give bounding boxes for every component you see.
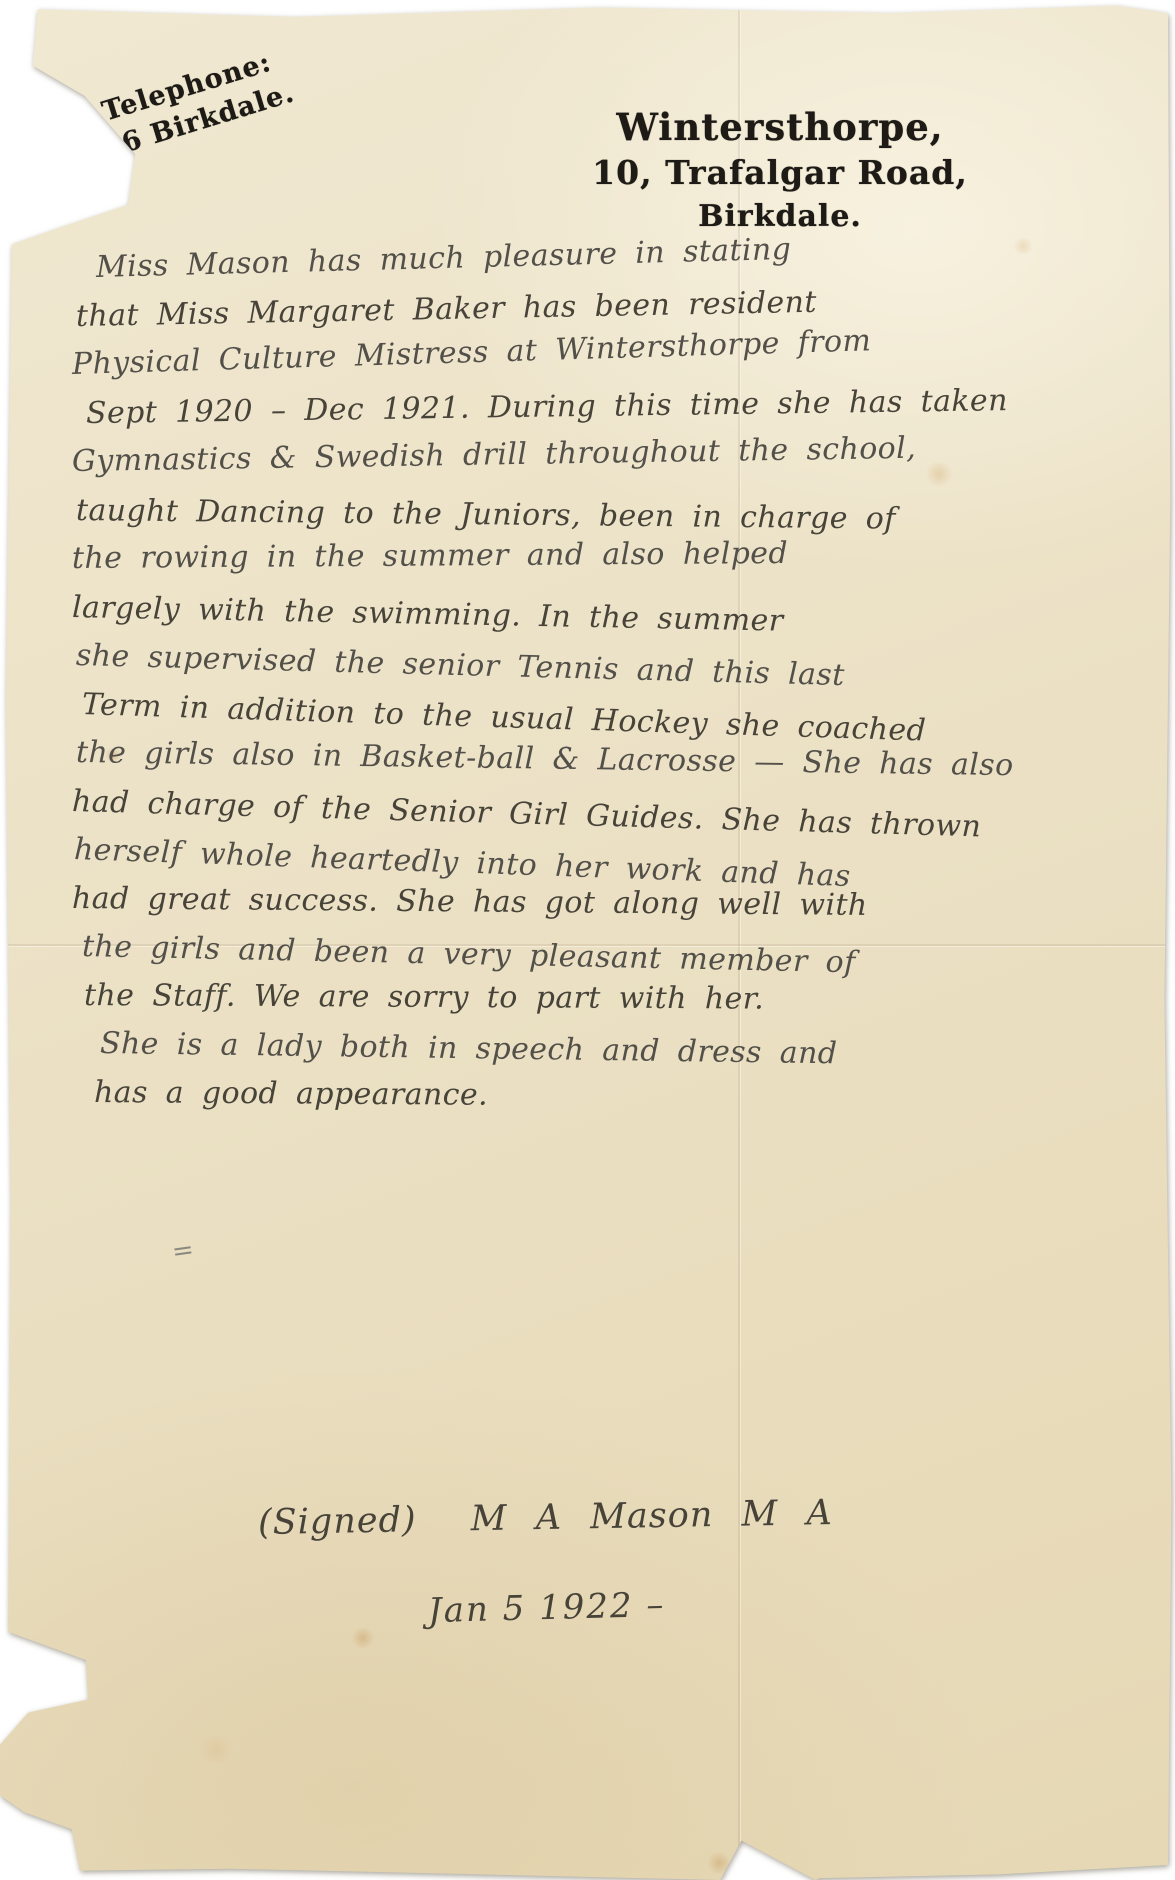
street-address: 10, Trafalgar Road,	[575, 150, 985, 196]
handwritten-line: the Staff. We are sorry to part with her…	[84, 972, 957, 1025]
house-name: Wintersthorpe,	[575, 104, 985, 150]
scanned-letter: Telephone: 396 Birkdale. Wintersthorpe, …	[0, 0, 1175, 1880]
date-line: Jan 5 1922 –	[428, 1585, 666, 1631]
age-stain	[1012, 238, 1034, 254]
handwritten-line: had great success. She has got along wel…	[72, 875, 957, 931]
handwritten-line: has a good appearance.	[94, 1069, 957, 1124]
age-stain	[196, 1736, 236, 1764]
stray-pen-mark: =	[170, 1235, 196, 1268]
age-stain	[350, 1628, 376, 1648]
letterhead-telephone: Telephone: 396 Birkdale.	[98, 41, 299, 165]
letterhead-address: Wintersthorpe, 10, Trafalgar Road, Birkd…	[575, 104, 985, 238]
signed-label: (Signed)	[258, 1500, 417, 1543]
paper-shadow: Telephone: 396 Birkdale. Wintersthorpe, …	[0, 0, 1175, 1880]
signature-name: M A Mason M A	[470, 1493, 833, 1539]
letter-body: Miss Mason has much pleasure in stating …	[72, 244, 957, 1117]
age-stain	[706, 1852, 732, 1874]
signature-line: (Signed) M A Mason M A	[258, 1493, 833, 1543]
letter-paper: Telephone: 396 Birkdale. Wintersthorpe, …	[0, 0, 1175, 1880]
handwritten-line: the rowing in the summer and also helped	[72, 529, 957, 584]
